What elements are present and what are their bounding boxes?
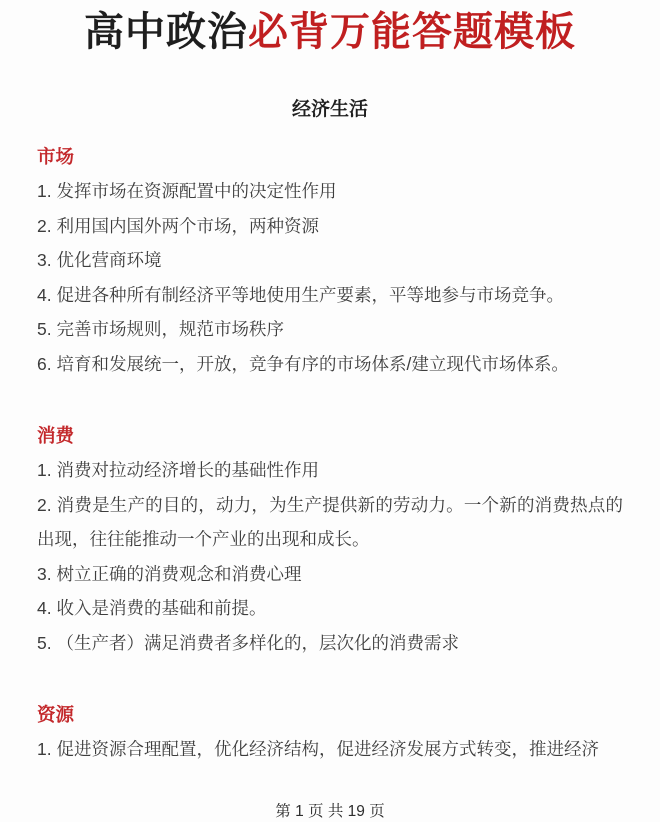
list-item: 1. 发挥市场在资源配置中的决定性作用: [37, 174, 623, 209]
section-heading-consumption: 消费: [37, 419, 623, 453]
section-resources: 资源 1. 促进资源合理配置，优化经济结构，促进经济发展方式转变，推进经济: [37, 698, 623, 767]
document-page: 高中政治必背万能答题模板 经济生活 市场 1. 发挥市场在资源配置中的决定性作用…: [0, 6, 660, 822]
chapter-title: 经济生活: [37, 98, 623, 122]
section-consumption: 消费 1. 消费对拉动经济增长的基础性作用 2. 消费是生产的目的，动力，为生产…: [37, 419, 623, 660]
list-item: 4. 收入是消费的基础和前提。: [37, 591, 623, 626]
page-title: 高中政治必背万能答题模板: [37, 6, 623, 58]
list-item: 5. （生产者）满足消费者多样化的，层次化的消费需求: [37, 626, 623, 661]
page-number: 第 1 页 共 19 页: [37, 800, 623, 822]
list-item: 1. 消费对拉动经济增长的基础性作用: [37, 453, 623, 488]
list-item: 1. 促进资源合理配置，优化经济结构，促进经济发展方式转变，推进经济: [37, 732, 623, 767]
title-black-part: 高中政治: [84, 9, 248, 54]
list-item: 5. 完善市场规则，规范市场秩序: [37, 312, 623, 347]
section-heading-market: 市场: [37, 140, 623, 174]
list-item: 4. 促进各种所有制经济平等地使用生产要素，平等地参与市场竞争。: [37, 278, 623, 313]
list-item: 3. 优化营商环境: [37, 243, 623, 278]
title-red-part: 必背万能答题模板: [248, 9, 576, 54]
section-market: 市场 1. 发挥市场在资源配置中的决定性作用 2. 利用国内国外两个市场，两种资…: [37, 140, 623, 381]
list-item: 6. 培育和发展统一，开放，竞争有序的市场体系/建立现代市场体系。: [37, 347, 623, 382]
list-item: 2. 利用国内国外两个市场，两种资源: [37, 209, 623, 244]
section-heading-resources: 资源: [37, 698, 623, 732]
list-item: 3. 树立正确的消费观念和消费心理: [37, 557, 623, 592]
list-item: 2. 消费是生产的目的，动力，为生产提供新的劳动力。一个新的消费热点的出现，往往…: [37, 488, 623, 557]
